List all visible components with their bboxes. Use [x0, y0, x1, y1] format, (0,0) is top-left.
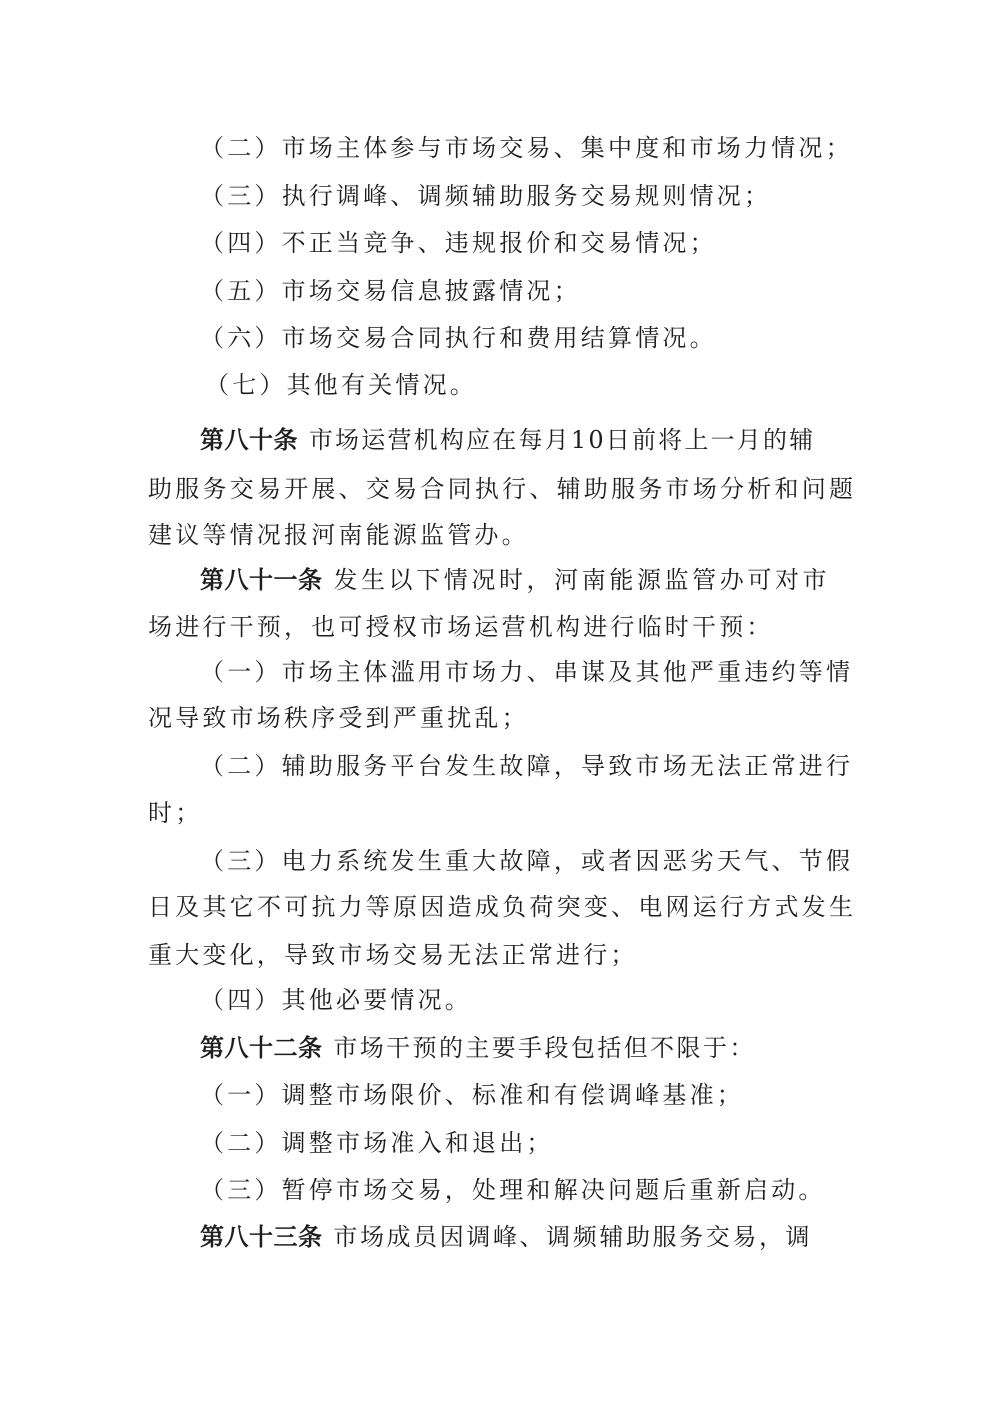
article-80-line-3: 建议等情况报河南能源监管办。 [148, 518, 853, 552]
list-item-3: （三）执行调峰、调频辅助服务交易规则情况； [200, 179, 905, 213]
article-81-item-1a: （一）市场主体滥用市场力、串谋及其他严重违约等情 [200, 655, 850, 689]
article-81-item-1b: 况导致市场秩序受到严重扰乱； [148, 701, 853, 735]
article-80-line-1: 第八十条 市场运营机构应在每月10日前将上一月的辅 [200, 423, 850, 457]
article-82-item-2: （二）调整市场准入和退出； [200, 1126, 905, 1160]
article-80-title: 第八十条 [200, 425, 298, 454]
article-81-item-2a: （二）辅助服务平台发生故障，导致市场无法正常进行 [200, 749, 850, 783]
article-80-line-2: 助服务交易开展、交易合同执行、辅助服务市场分析和问题 [148, 472, 853, 506]
article-81-line-2: 场进行干预，也可授权市场运营机构进行临时干预： [148, 610, 853, 644]
article-81-item-3c: 重大变化，导致市场交易无法正常进行； [148, 938, 853, 972]
article-83-title: 第八十三条 [200, 1222, 323, 1251]
list-item-4: （四）不正当竞争、违规报价和交易情况； [200, 226, 905, 260]
list-item-7: （七）其他有关情况。 [205, 368, 910, 402]
article-82-title: 第八十二条 [200, 1033, 323, 1062]
list-item-2: （二）市场主体参与市场交易、集中度和市场力情况； [200, 131, 850, 165]
article-81-line-1: 第八十一条 发生以下情况时，河南能源监管办可对市 [200, 563, 850, 597]
article-82-line-1: 第八十二条 市场干预的主要手段包括但不限于： [200, 1031, 905, 1065]
article-83-line-1: 第八十三条 市场成员因调峰、调频辅助服务交易，调 [200, 1220, 850, 1254]
article-81-item-3a: （三）电力系统发生重大故障，或者因恶劣天气、节假 [200, 844, 850, 878]
list-item-5: （五）市场交易信息披露情况； [200, 274, 905, 308]
list-item-6: （六）市场交易合同执行和费用结算情况。 [200, 321, 905, 355]
article-81-item-2b: 时； [148, 796, 853, 830]
article-82-item-1: （一）调整市场限价、标准和有偿调峰基准； [200, 1078, 905, 1112]
article-82-item-3: （三）暂停市场交易，处理和解决问题后重新启动。 [200, 1173, 905, 1207]
article-81-item-3b: 日及其它不可抗力等原因造成负荷突变、电网运行方式发生 [148, 890, 853, 924]
article-81-item-4: （四）其他必要情况。 [200, 983, 905, 1017]
article-81-title: 第八十一条 [200, 565, 323, 594]
